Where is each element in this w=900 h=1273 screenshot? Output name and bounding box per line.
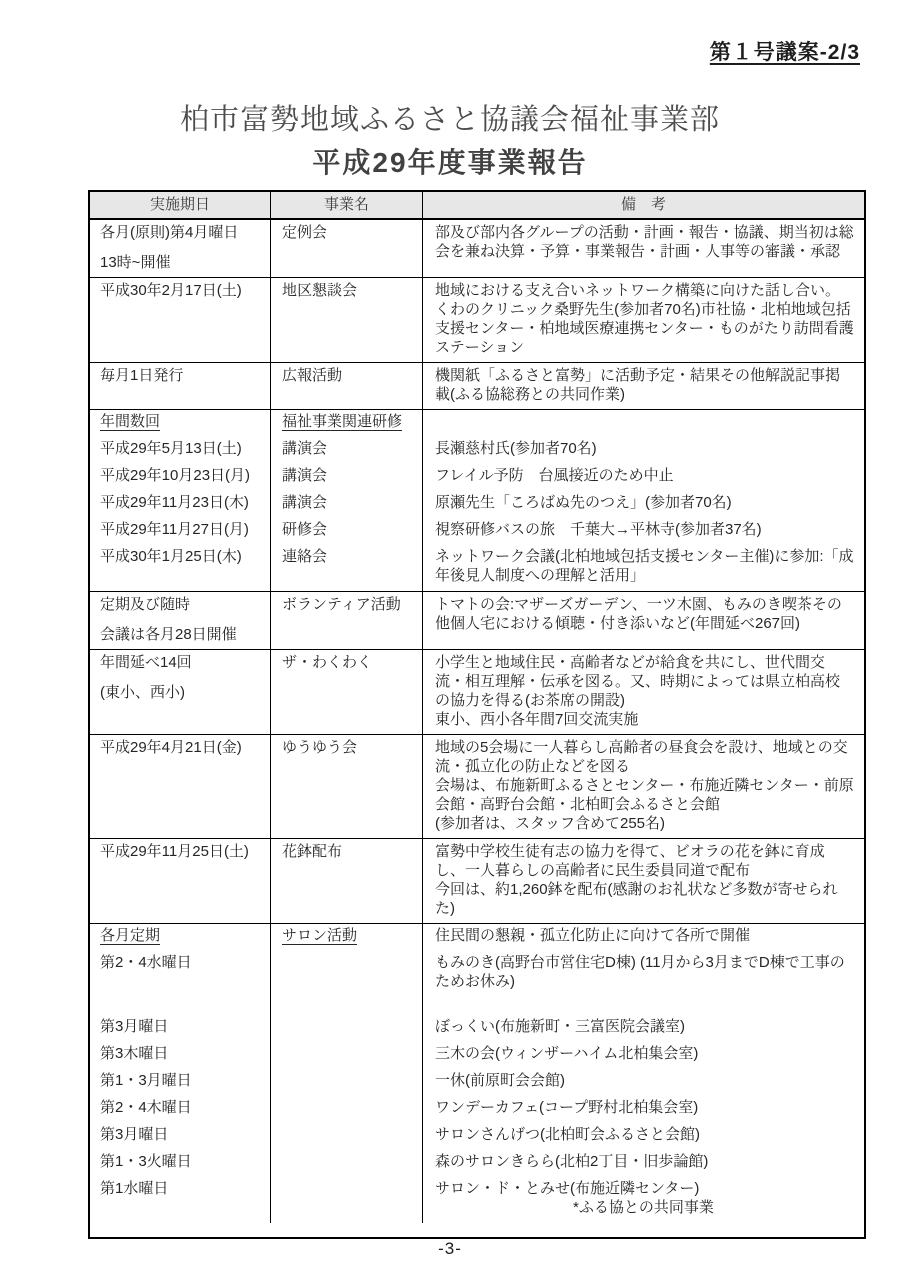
text-line: 定例会 <box>282 223 414 242</box>
date-cell: 平成29年10月23日(月) <box>90 464 271 491</box>
text-line: 13時~開催 <box>100 253 262 272</box>
text-line: 各月(原則)第4月曜日 <box>100 223 262 242</box>
text-line: 平成29年5月13日(土) <box>100 439 262 458</box>
text-line: 第1・3火曜日 <box>100 1152 262 1171</box>
date-cell: 平成29年4月21日(金) <box>90 735 271 838</box>
text-line: 研修会 <box>282 520 414 539</box>
text-line: 部及び部内各グループの活動・計画・報告・協議、期当初は総会を兼ね決算・予算・事業… <box>435 223 854 261</box>
date-cell: 第1・3火曜日 <box>90 1150 271 1177</box>
title-block: 柏市富勢地域ふるさと協議会福祉事業部 平成29年度事業報告 <box>0 0 900 181</box>
text-line: ぼっくい(布施新町・三富医院会議室) <box>435 1017 854 1036</box>
name-cell <box>271 1015 423 1042</box>
date-cell: 平成29年5月13日(土) <box>90 437 271 464</box>
name-cell: ボランティア活動 <box>271 592 423 649</box>
table-row: 平成29年11月25日(土)花鉢配布富勢中学校生徒有志の協力を得て、ビオラの花を… <box>90 839 864 924</box>
text-line: 毎月1日発行 <box>100 366 262 385</box>
date-cell: 第2・4木曜日 <box>90 1096 271 1123</box>
remark-cell <box>423 410 864 437</box>
name-cell <box>271 951 423 1015</box>
name-cell <box>271 1096 423 1123</box>
date-cell: 年間数回 <box>90 410 271 437</box>
text-line: 第3月曜日 <box>100 1017 262 1036</box>
text-line: 会場は、布施新町ふるさとセンター・布施近隣センター・前原会館・高野台会館・北柏町… <box>435 776 854 814</box>
date-cell: 毎月1日発行 <box>90 363 271 409</box>
text-line: 講演会 <box>282 493 414 512</box>
text-line: (参加者は、スタッフ含めて255名) <box>435 814 854 833</box>
date-cell: 年間延べ14回(東小、西小) <box>90 650 271 734</box>
column-header-remarks: 備 考 <box>423 192 864 218</box>
name-cell: 講演会 <box>271 491 423 518</box>
remark-cell: 地域における支え合いネットワーク構築に向けた話し合い。くわのクリニック桑野先生(… <box>423 278 864 362</box>
name-cell: 講演会 <box>271 437 423 464</box>
name-cell: 講演会 <box>271 464 423 491</box>
remark-cell: 視察研修バスの旅 千葉大→平林寺(参加者37名) <box>423 518 864 545</box>
text-line: 会議は各月28日開催 <box>100 625 262 644</box>
text-line: 年間数回 <box>100 412 262 431</box>
remark-cell: 三木の会(ウィンザーハイム北柏集会室) <box>423 1042 864 1069</box>
name-cell: 広報活動 <box>271 363 423 409</box>
remark-cell: サロンさんげつ(北柏町会ふるさと会館) <box>423 1123 864 1150</box>
remark-cell: サロン・ド・とみせ(布施近隣センター)*ふる協との共同事業 <box>423 1177 864 1223</box>
date-cell: 各月(原則)第4月曜日13時~開催 <box>90 220 271 277</box>
text-line: 第1水曜日 <box>100 1179 262 1198</box>
date-cell: 平成29年11月27日(月) <box>90 518 271 545</box>
table-row: 年間延べ14回(東小、西小)ザ・わくわく小学生と地域住民・高齢者などが給食を共に… <box>90 650 864 735</box>
date-cell: 各月定期 <box>90 924 271 951</box>
name-cell: 福祉事業関連研修 <box>271 410 423 437</box>
text-line: 原瀬先生「ころばぬ先のつえ」(参加者70名) <box>435 493 854 512</box>
text-line: 第2・4木曜日 <box>100 1098 262 1117</box>
text-line: 地域の5会場に一人暮らし高齢者の昼食会を設け、地域との交流・孤立化の防止などを図… <box>435 738 854 776</box>
text-line: 今回は、約1,260鉢を配布(感謝のお礼状など多数が寄せられた) <box>435 880 854 918</box>
text-line: 定期及び随時 <box>100 595 262 614</box>
name-cell <box>271 1123 423 1150</box>
column-header-name: 事業名 <box>271 192 423 218</box>
text-line: 一休(前原町会会館) <box>435 1071 854 1090</box>
column-header-date: 実施期日 <box>90 192 271 218</box>
date-cell: 平成30年2月17日(土) <box>90 278 271 362</box>
remark-cell: フレイル予防 台風接近のため中止 <box>423 464 864 491</box>
table-row: 平成29年4月21日(金)ゆうゆう会地域の5会場に一人暮らし高齢者の昼食会を設け… <box>90 735 864 839</box>
text-line: 視察研修バスの旅 千葉大→平林寺(参加者37名) <box>435 520 854 539</box>
text-line: 平成29年10月23日(月) <box>100 466 262 485</box>
name-cell <box>271 1177 423 1223</box>
date-cell: 第1・3月曜日 <box>90 1069 271 1096</box>
text-line: ザ・わくわく <box>282 653 414 672</box>
text-line: 第3木曜日 <box>100 1044 262 1063</box>
table-row: 毎月1日発行広報活動機関紙「ふるさと富勢」に活動予定・結果その他解説記事掲載(ふ… <box>90 363 864 410</box>
name-cell <box>271 1042 423 1069</box>
text-line: 平成30年2月17日(土) <box>100 281 262 300</box>
report-table: 実施期日 事業名 備 考 各月(原則)第4月曜日13時~開催定例会部及び部内各グ… <box>88 190 866 1239</box>
remark-cell: ワンデーカフェ(コープ野村北柏集会室) <box>423 1096 864 1123</box>
name-cell: ザ・わくわく <box>271 650 423 734</box>
name-cell: 花鉢配布 <box>271 839 423 923</box>
text-line: 小学生と地域住民・高齢者などが給食を共にし、世代間交流・相互理解・伝承を図る。又… <box>435 653 854 710</box>
remark-cell: 機関紙「ふるさと富勢」に活動予定・結果その他解説記事掲載(ふる協総務との共同作業… <box>423 363 864 409</box>
text-line: 平成29年4月21日(金) <box>100 738 262 757</box>
name-cell: サロン活動 <box>271 924 423 951</box>
text-line: ボランティア活動 <box>282 595 414 614</box>
text-line: ネットワーク会議(北柏地域包括支援センター主催)に参加:「成年後見人制度への理解… <box>435 547 854 585</box>
name-cell: 研修会 <box>271 518 423 545</box>
date-cell: 第3月曜日 <box>90 1123 271 1150</box>
remark-cell: 一休(前原町会会館) <box>423 1069 864 1096</box>
text-line: 平成29年11月27日(月) <box>100 520 262 539</box>
remark-cell: 原瀬先生「ころばぬ先のつえ」(参加者70名) <box>423 491 864 518</box>
text-line: 機関紙「ふるさと富勢」に活動予定・結果その他解説記事掲載(ふる協総務との共同作業… <box>435 366 854 404</box>
remark-cell: もみのき(高野台市営住宅D棟) (11月から3月までD棟で工事のためお休み) <box>423 951 864 1015</box>
text-line: 長瀬慈村氏(参加者70名) <box>435 439 854 458</box>
table-row: 各月定期サロン活動住民間の懇親・孤立化防止に向けて各所で開催第2・4水曜日もみの… <box>90 924 864 1237</box>
text-line: もみのき(高野台市営住宅D棟) (11月から3月までD棟で工事のためお休み) <box>435 953 854 991</box>
remark-cell: 住民間の懇親・孤立化防止に向けて各所で開催 <box>423 924 864 951</box>
name-cell: 連絡会 <box>271 545 423 591</box>
remark-cell: 富勢中学校生徒有志の協力を得て、ビオラの花を鉢に育成し、一人暮らしの高齢者に民生… <box>423 839 864 923</box>
date-cell: 平成30年1月25日(木) <box>90 545 271 591</box>
date-cell: 第2・4水曜日 <box>90 951 271 1015</box>
date-cell: 第3月曜日 <box>90 1015 271 1042</box>
remark-cell: ぼっくい(布施新町・三富医院会議室) <box>423 1015 864 1042</box>
report-table-body: 各月(原則)第4月曜日13時~開催定例会部及び部内各グループの活動・計画・報告・… <box>90 220 864 1237</box>
table-row: 年間数回福祉事業関連研修平成29年5月13日(土)講演会長瀬慈村氏(参加者70名… <box>90 410 864 592</box>
text-line: 広報活動 <box>282 366 414 385</box>
text-line: 地区懇談会 <box>282 281 414 300</box>
text-line: 第3月曜日 <box>100 1125 262 1144</box>
text-line: 平成30年1月25日(木) <box>100 547 262 566</box>
table-row: 各月(原則)第4月曜日13時~開催定例会部及び部内各グループの活動・計画・報告・… <box>90 220 864 278</box>
date-cell: 第1水曜日 <box>90 1177 271 1223</box>
text-line: フレイル予防 台風接近のため中止 <box>435 466 854 485</box>
name-cell <box>271 1069 423 1096</box>
remark-cell: 森のサロンきらら(北柏2丁目・旧歩論館) <box>423 1150 864 1177</box>
text-line: 福祉事業関連研修 <box>282 412 414 431</box>
text-line: トマトの会:マザーズガーデン、一ツ木園、もみのき喫茶その他個人宅における傾聴・付… <box>435 595 854 633</box>
remark-cell: 地域の5会場に一人暮らし高齢者の昼食会を設け、地域との交流・孤立化の防止などを図… <box>423 735 864 838</box>
text-line: 連絡会 <box>282 547 414 566</box>
text-line: 東小、西小各年間7回交流実施 <box>435 710 854 729</box>
text-line: 平成29年11月25日(土) <box>100 842 262 861</box>
text-line: 平成29年11月23日(木) <box>100 493 262 512</box>
text-line: 住民間の懇親・孤立化防止に向けて各所で開催 <box>435 926 854 945</box>
text-line: 第2・4水曜日 <box>100 953 262 972</box>
remark-cell: 部及び部内各グループの活動・計画・報告・協議、期当初は総会を兼ね決算・予算・事業… <box>423 220 864 277</box>
text-line: 森のサロンきらら(北柏2丁目・旧歩論館) <box>435 1152 854 1171</box>
text-line: 花鉢配布 <box>282 842 414 861</box>
table-header-row: 実施期日 事業名 備 考 <box>90 192 864 220</box>
text-line: ワンデーカフェ(コープ野村北柏集会室) <box>435 1098 854 1117</box>
text-line: サロンさんげつ(北柏町会ふるさと会館) <box>435 1125 854 1144</box>
name-cell <box>271 1150 423 1177</box>
text-line: サロン活動 <box>282 926 414 945</box>
page-subtitle: 平成29年度事業報告 <box>0 141 900 181</box>
remark-cell: ネットワーク会議(北柏地域包括支援センター主催)に参加:「成年後見人制度への理解… <box>423 545 864 591</box>
text-line: 三木の会(ウィンザーハイム北柏集会室) <box>435 1044 854 1063</box>
text-line: 年間延べ14回 <box>100 653 262 672</box>
text-line: (東小、西小) <box>100 683 262 702</box>
name-cell: 地区懇談会 <box>271 278 423 362</box>
date-cell: 第3木曜日 <box>90 1042 271 1069</box>
remark-cell: 小学生と地域住民・高齢者などが給食を共にし、世代間交流・相互理解・伝承を図る。又… <box>423 650 864 734</box>
page-title: 柏市富勢地域ふるさと協議会福祉事業部 <box>0 97 900 138</box>
text-line: ゆうゆう会 <box>282 738 414 757</box>
text-line: 地域における支え合いネットワーク構築に向けた話し合い。くわのクリニック桑野先生(… <box>435 281 854 357</box>
text-line: 講演会 <box>282 466 414 485</box>
text-line: 富勢中学校生徒有志の協力を得て、ビオラの花を鉢に育成し、一人暮らしの高齢者に民生… <box>435 842 854 880</box>
text-line: 講演会 <box>282 439 414 458</box>
date-cell: 平成29年11月25日(土) <box>90 839 271 923</box>
name-cell: ゆうゆう会 <box>271 735 423 838</box>
text-line: 各月定期 <box>100 926 262 945</box>
table-row: 定期及び随時会議は各月28日開催ボランティア活動トマトの会:マザーズガーデン、一… <box>90 592 864 650</box>
remark-cell: トマトの会:マザーズガーデン、一ツ木園、もみのき喫茶その他個人宅における傾聴・付… <box>423 592 864 649</box>
table-row: 平成30年2月17日(土)地区懇談会地域における支え合いネットワーク構築に向けた… <box>90 278 864 363</box>
text-line: *ふる協との共同事業 <box>435 1198 854 1217</box>
text-line: 第1・3月曜日 <box>100 1071 262 1090</box>
text-line: サロン・ド・とみせ(布施近隣センター) <box>435 1179 854 1198</box>
page-number: -3- <box>0 1239 900 1259</box>
date-cell: 平成29年11月23日(木) <box>90 491 271 518</box>
remark-cell: 長瀬慈村氏(参加者70名) <box>423 437 864 464</box>
document-reference: 第１号議案-2/3 <box>710 36 860 66</box>
name-cell: 定例会 <box>271 220 423 277</box>
date-cell: 定期及び随時会議は各月28日開催 <box>90 592 271 649</box>
